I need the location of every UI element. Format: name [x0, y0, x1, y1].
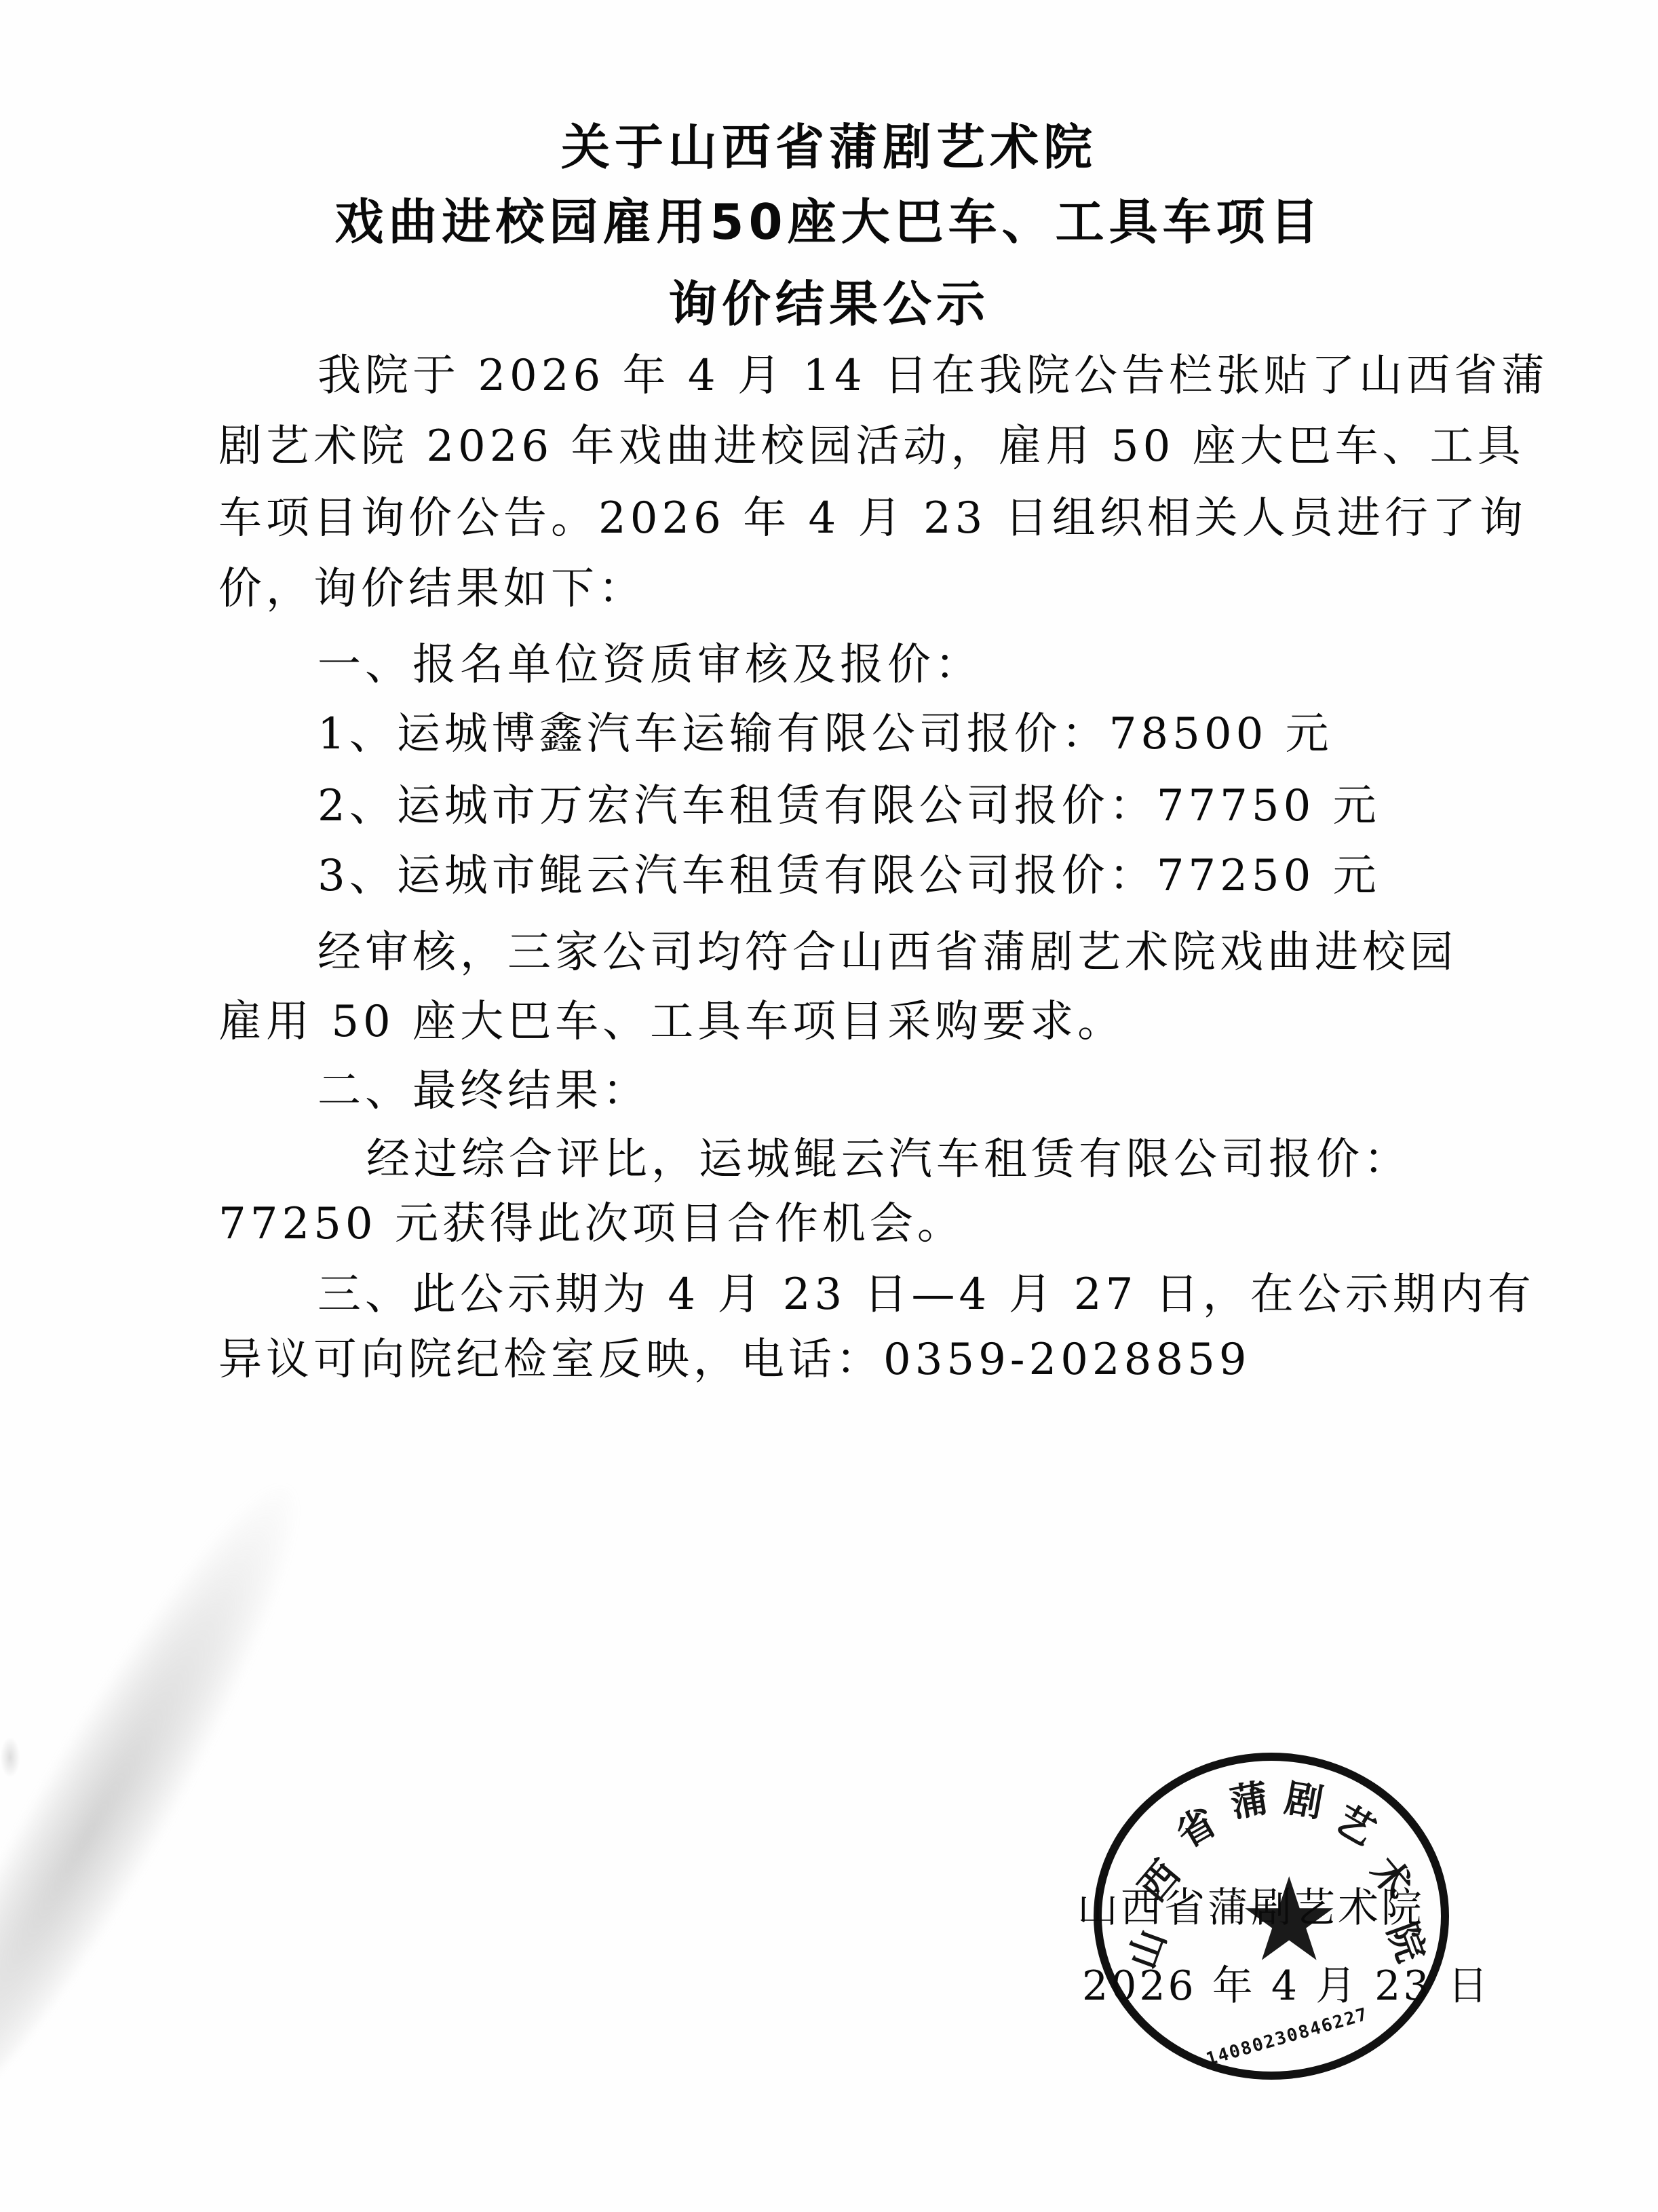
section-3-line-2: 异议可向院纪检室反映，电话：0359-2028859	[218, 1331, 1251, 1388]
section-1-heading: 一、报名单位资质审核及报价：	[317, 636, 982, 693]
seal-char: 省	[1171, 1803, 1222, 1854]
seal-char: 蒲	[1228, 1780, 1272, 1824]
signature-organization: 山西省蒲剧艺术院	[1077, 1884, 1425, 1932]
review-line-2: 雇用 50 座大巴车、工具车项目采购要求。	[218, 993, 1125, 1050]
section-3-line-1: 三、此公示期为 4 月 23 日—4 月 27 日，在公示期内有	[317, 1266, 1535, 1323]
scan-smudge-small	[0, 1737, 20, 1778]
signature-date: 2026 年 4 月 23 日	[1082, 1962, 1491, 2010]
seal-serial-number: 14080230846227	[1204, 2004, 1371, 2070]
title-line-2: 戏曲进校园雇用50座大巴车、工具车项目	[0, 191, 1658, 252]
review-line-1: 经审核，三家公司均符合山西省蒲剧艺术院戏曲进校园	[317, 924, 1457, 981]
intro-line-3: 车项目询价公告。2026 年 4 月 23 日组织相关人员进行了询	[218, 490, 1527, 547]
intro-line-4: 价，询价结果如下：	[218, 560, 646, 617]
scan-smudge	[0, 1455, 344, 2154]
quote-item-3: 3、运城市鲲云汽车租赁有限公司报价：77250 元	[317, 847, 1381, 904]
section-2-heading: 二、最终结果：	[317, 1063, 650, 1120]
intro-line-2: 剧艺术院 2026 年戏曲进校园活动，雇用 50 座大巴车、工具	[218, 418, 1525, 475]
document-page: 关于山西省蒲剧艺术院 戏曲进校园雇用50座大巴车、工具车项目 询价结果公示 我院…	[0, 0, 1658, 2212]
quote-item-1: 1、运城博鑫汽车运输有限公司报价：78500 元	[317, 706, 1333, 763]
seal-char: 艺	[1329, 1800, 1381, 1852]
quote-item-2: 2、运城市万宏汽车租赁有限公司报价：77750 元	[317, 778, 1381, 835]
title-line-3: 询价结果公示	[0, 273, 1658, 335]
seal-char: 剧	[1282, 1780, 1326, 1824]
final-result-line-1: 经过综合评比，运城鲲云汽车租赁有限公司报价：	[366, 1131, 1411, 1188]
title-line-1: 关于山西省蒲剧艺术院	[0, 117, 1658, 178]
final-result-line-2: 77250 元获得此次项目合作机会。	[218, 1196, 965, 1253]
intro-line-1: 我院于 2026 年 4 月 14 日在我院公告栏张贴了山西省蒲	[317, 347, 1549, 404]
